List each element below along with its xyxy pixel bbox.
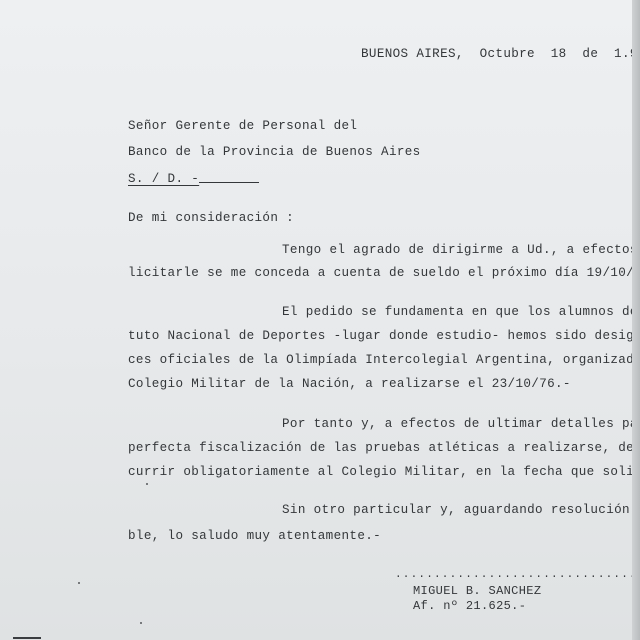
addressee-line-1: Señor Gerente de Personal del [128,118,357,134]
signatory-name: MIGUEL B. SANCHEZ [413,583,541,599]
paper-edge-shadow [632,0,640,640]
paragraph-4-line-1: Sin otro particular y, aguardando resolu… [282,502,640,518]
paragraph-3-line-2: perfecta fiscalización de las pruebas at… [128,440,640,456]
addressee-line-2: Banco de la Provincia de Buenos Aires [128,144,421,160]
signature-dotted-line: ............................... [395,567,637,583]
paper-speck [146,483,148,485]
scan-mark [13,637,41,639]
affiliate-number: Af. nº 21.625.- [413,598,526,614]
paragraph-1-line-1: Tengo el agrado de dirigirme a Ud., a ef… [282,242,640,258]
underline-blank [199,170,259,183]
salutation: De mi consideración : [128,210,294,226]
paper-speck [140,622,142,624]
sd-abbreviation: S. / D. - [128,172,199,186]
paragraph-4-line-2: ble, lo saludo muy atentamente.- [128,528,381,544]
paragraph-2-line-2: tuto Nacional de Deportes -lugar donde e… [128,328,640,344]
paper-speck [78,582,80,584]
paragraph-3-line-1: Por tanto y, a efectos de ultimar detall… [282,416,640,432]
paragraph-1-line-2: licitarle se me conceda a cuenta de suel… [128,265,640,281]
paragraph-2-line-1: El pedido se fundamenta en que los alumn… [282,304,640,320]
paragraph-3-line-3: currir obligatoriamente al Colegio Milit… [128,464,640,480]
paragraph-2-line-4: Colegio Militar de la Nación, a realizar… [128,376,571,392]
date-line: BUENOS AIRES, Octubre 18 de 1.976.- [361,46,640,62]
paragraph-2-line-3: ces oficiales de la Olimpíada Intercoleg… [128,352,640,368]
letter-paper: BUENOS AIRES, Octubre 18 de 1.976.- Seño… [0,0,632,640]
addressee-line-3: S. / D. - [128,170,259,187]
